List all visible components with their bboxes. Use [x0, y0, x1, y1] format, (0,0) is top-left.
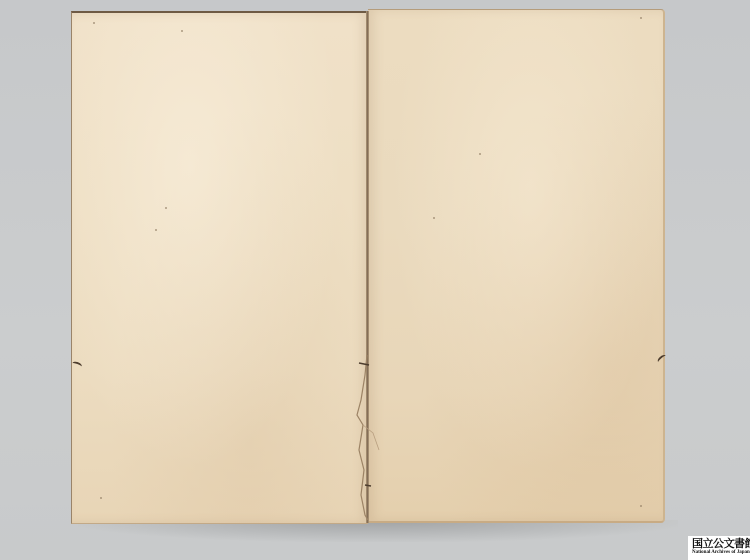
- photo-canvas: 国立公文書館 National Archives of Japan: [0, 0, 750, 560]
- paper-speck: [93, 22, 95, 24]
- archive-watermark: 国立公文書館 National Archives of Japan: [688, 536, 750, 560]
- right-page: [368, 9, 665, 523]
- paper-speck: [479, 153, 481, 155]
- torn-gutter-edge: [355, 355, 383, 520]
- paper-speck: [640, 505, 642, 507]
- left-page: [71, 11, 368, 524]
- paper-speck: [155, 229, 157, 231]
- paper-speck: [165, 207, 167, 209]
- paper-speck: [100, 497, 102, 499]
- paper-speck: [181, 30, 183, 32]
- watermark-english: National Archives of Japan: [692, 550, 747, 556]
- paper-speck: [433, 217, 435, 219]
- paper-speck: [640, 17, 642, 19]
- watermark-japanese: 国立公文書館: [692, 538, 747, 550]
